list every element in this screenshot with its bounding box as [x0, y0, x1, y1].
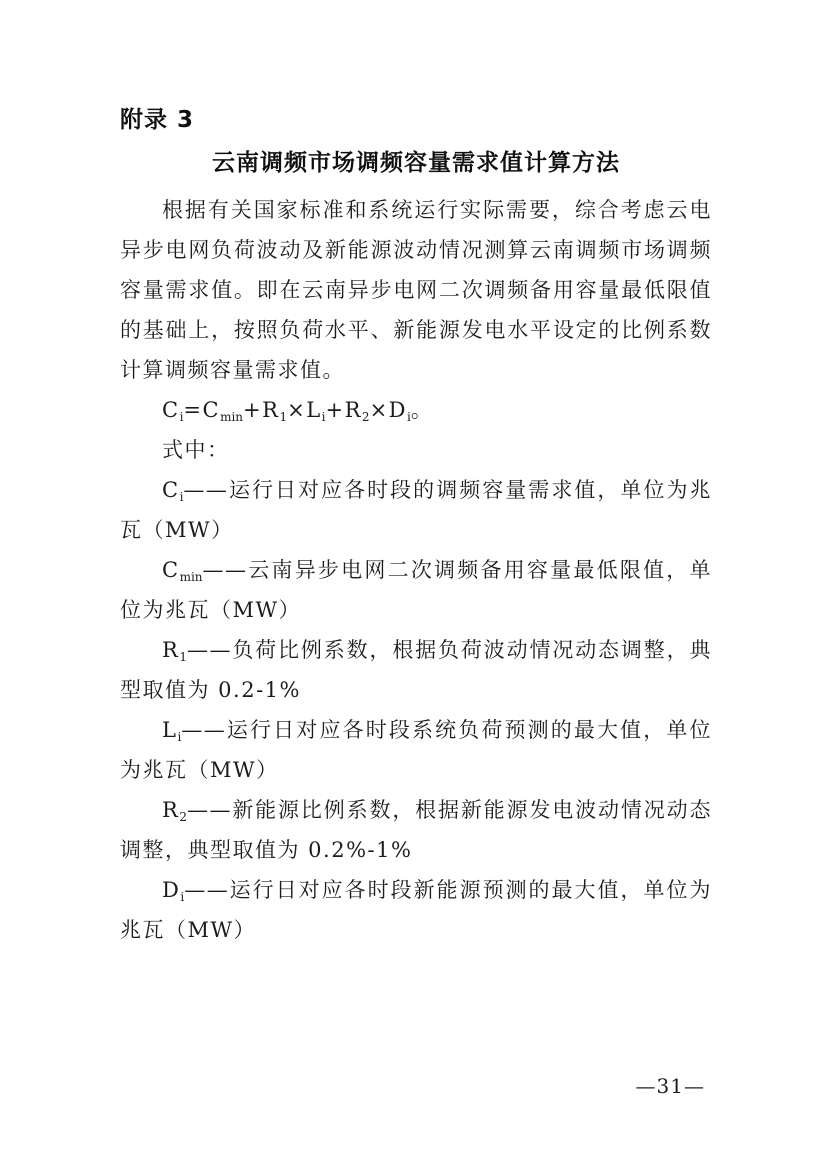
document-title: 云南调频市场调频容量需求值计算方法	[120, 149, 712, 177]
appendix-heading: 附录 3	[120, 106, 712, 134]
formula: Ci=Cmin+R1×Li+R2×Di。	[120, 390, 712, 430]
where-label: 式中：	[120, 430, 712, 470]
body-text: 根据有关国家标准和系统运行实际需要，综合考虑云电异步电网负荷波动及新能源波动情况…	[120, 190, 712, 950]
definition-item-ci: Ci——运行日对应各时段的调频容量需求值，单位为兆瓦（MW）	[120, 470, 712, 550]
page-number: —31—	[636, 1074, 705, 1098]
definition-item-cmin: Cmin——云南异步电网二次调频备用容量最低限值，单位为兆瓦（MW）	[120, 550, 712, 630]
document-page: 附录 3 云南调频市场调频容量需求值计算方法 根据有关国家标准和系统运行实际需要…	[0, 0, 827, 1170]
definition-item-r2: R2——新能源比例系数，根据新能源发电波动情况动态调整，典型取值为 0.2%-1…	[120, 790, 712, 870]
definition-item-li: Li——运行日对应各时段系统负荷预测的最大值，单位为兆瓦（MW）	[120, 710, 712, 790]
definition-item-di: Di——运行日对应各时段新能源预测的最大值，单位为兆瓦（MW）	[120, 870, 712, 950]
definition-item-r1: R1——负荷比例系数，根据负荷波动情况动态调整，典型取值为 0.2-1%	[120, 630, 712, 710]
intro-paragraph: 根据有关国家标准和系统运行实际需要，综合考虑云电异步电网负荷波动及新能源波动情况…	[120, 190, 712, 390]
page-content: 附录 3 云南调频市场调频容量需求值计算方法 根据有关国家标准和系统运行实际需要…	[120, 106, 712, 950]
